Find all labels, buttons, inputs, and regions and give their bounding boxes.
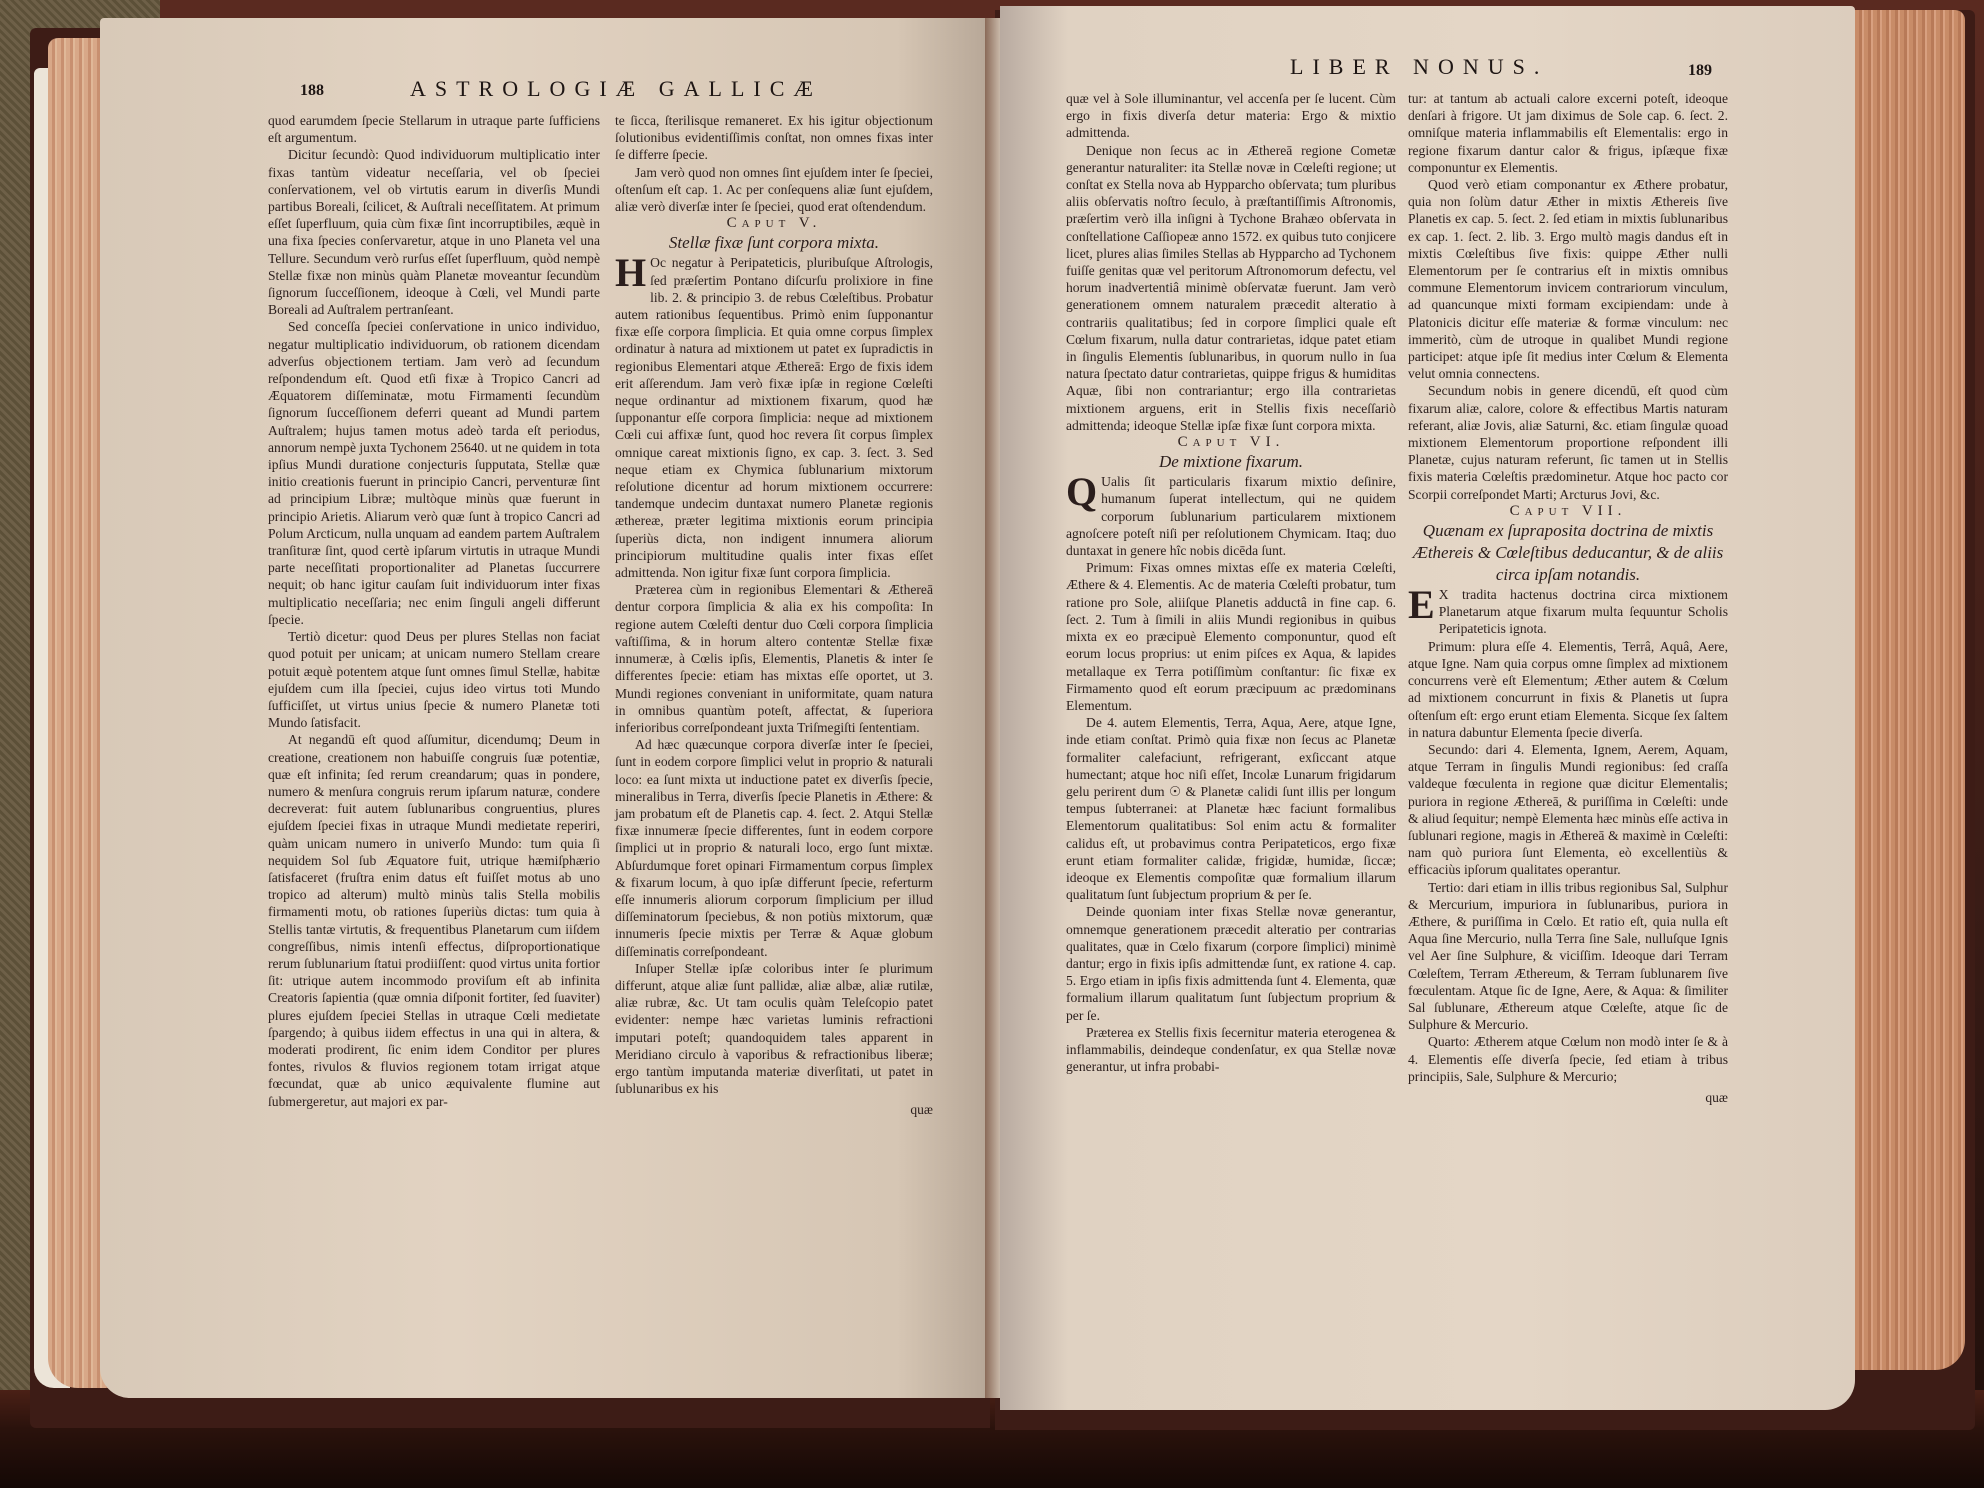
paragraph: quæ vel à Sole illuminantur, vel accenſa… bbox=[1066, 90, 1396, 142]
paragraph: Præterea cùm in regionibus Elementari & … bbox=[615, 581, 933, 736]
paragraph: Secundo: dari 4. Elementa, Ignem, Aerem,… bbox=[1408, 741, 1728, 879]
drop-cap: H bbox=[615, 256, 646, 290]
chapter-heading: Caput V. bbox=[615, 215, 933, 232]
right-page: LIBER NONUS. 189 quæ vel à Sole illumina… bbox=[1000, 6, 1855, 1410]
right-page-column-1: quæ vel à Sole illuminantur, vel accenſa… bbox=[1066, 90, 1396, 1075]
paragraph: Inſuper Stellæ ipſæ coloribus inter ſe p… bbox=[615, 960, 933, 1098]
paragraph: Tertiò dicetur: quod Deus per plures Ste… bbox=[268, 628, 600, 731]
chapter-title: Quænam ex ſupraposita doctrina de mixtis… bbox=[1408, 520, 1728, 586]
page-number: 188 bbox=[300, 82, 324, 100]
paragraph: Præterea ex Stellis fixis ſecernitur mat… bbox=[1066, 1024, 1396, 1076]
running-head: LIBER NONUS. bbox=[1290, 54, 1548, 80]
catchword: quæ bbox=[1408, 1089, 1728, 1106]
paragraph: X tradita hactenus doctrina circa mixtio… bbox=[1439, 587, 1728, 636]
paragraph: At negandū eſt quod aſſumitur, dicendumq… bbox=[268, 731, 600, 1109]
paragraph: te ſicca, ſterilisque remaneret. Ex his … bbox=[615, 112, 933, 164]
paragraph: Ad hæc quæcunque corpora diverſæ inter ſ… bbox=[615, 736, 933, 960]
drop-cap: E bbox=[1408, 588, 1435, 622]
chapter-heading: Caput VII. bbox=[1408, 503, 1728, 520]
paragraph: Jam verò quod non omnes ſint ejuſdem int… bbox=[615, 164, 933, 216]
paragraph: Sed conceſſa ſpeciei conſervatione in un… bbox=[268, 318, 600, 628]
left-page-column-1: quod earumdem ſpecie Stellarum in utraqu… bbox=[268, 112, 600, 1110]
paragraph: Primum: Fixas omnes mixtas eſſe ex mater… bbox=[1066, 559, 1396, 714]
left-page-column-2: te ſicca, ſterilisque remaneret. Ex his … bbox=[615, 112, 933, 1119]
left-page: 188 ASTROLOGIÆ GALLICÆ quod earumdem ſpe… bbox=[100, 18, 985, 1398]
chapter-title: Stellæ fixæ ſunt corpora mixta. bbox=[615, 232, 933, 254]
paragraph: Quod verò etiam componantur ex Æthere pr… bbox=[1408, 176, 1728, 382]
paragraph: Tertio: dari etiam in illis tribus regio… bbox=[1408, 879, 1728, 1034]
catchword: quæ bbox=[615, 1101, 933, 1118]
chapter-title: De mixtione fixarum. bbox=[1066, 451, 1396, 473]
paragraph: Secundum nobis in genere dicendū, eſt qu… bbox=[1408, 382, 1728, 502]
chapter-heading: Caput VI. bbox=[1066, 434, 1396, 451]
paragraph: Dicitur ſecundò: Quod individuorum multi… bbox=[268, 146, 600, 318]
paragraph: Quarto: Ætherem atque Cœlum non modò int… bbox=[1408, 1033, 1728, 1085]
paragraph: quod earumdem ſpecie Stellarum in utraqu… bbox=[268, 112, 600, 146]
paragraph: Oc negatur à Peripateticis, pluribuſque … bbox=[615, 255, 933, 580]
drop-cap: Q bbox=[1066, 475, 1097, 509]
paragraph: Denique non ſecus ac in Æthereā regione … bbox=[1066, 142, 1396, 434]
page-number: 189 bbox=[1688, 62, 1712, 80]
page-edges-right bbox=[1855, 10, 1965, 1370]
running-head: ASTROLOGIÆ GALLICÆ bbox=[410, 76, 822, 102]
book-gutter bbox=[985, 18, 1000, 1398]
paragraph: De 4. autem Elementis, Terra, Aqua, Aere… bbox=[1066, 714, 1396, 903]
paragraph: Primum: plura eſſe 4. Elementis, Terrâ, … bbox=[1408, 638, 1728, 741]
paragraph: tur: at tantum ab actuali calore excerni… bbox=[1408, 90, 1728, 176]
right-page-column-2: tur: at tantum ab actuali calore excerni… bbox=[1408, 90, 1728, 1106]
paragraph: Deinde quoniam inter fixas Stellæ novæ g… bbox=[1066, 903, 1396, 1023]
paragraph: Ualis ſit particularis fixarum mixtio de… bbox=[1066, 474, 1396, 558]
